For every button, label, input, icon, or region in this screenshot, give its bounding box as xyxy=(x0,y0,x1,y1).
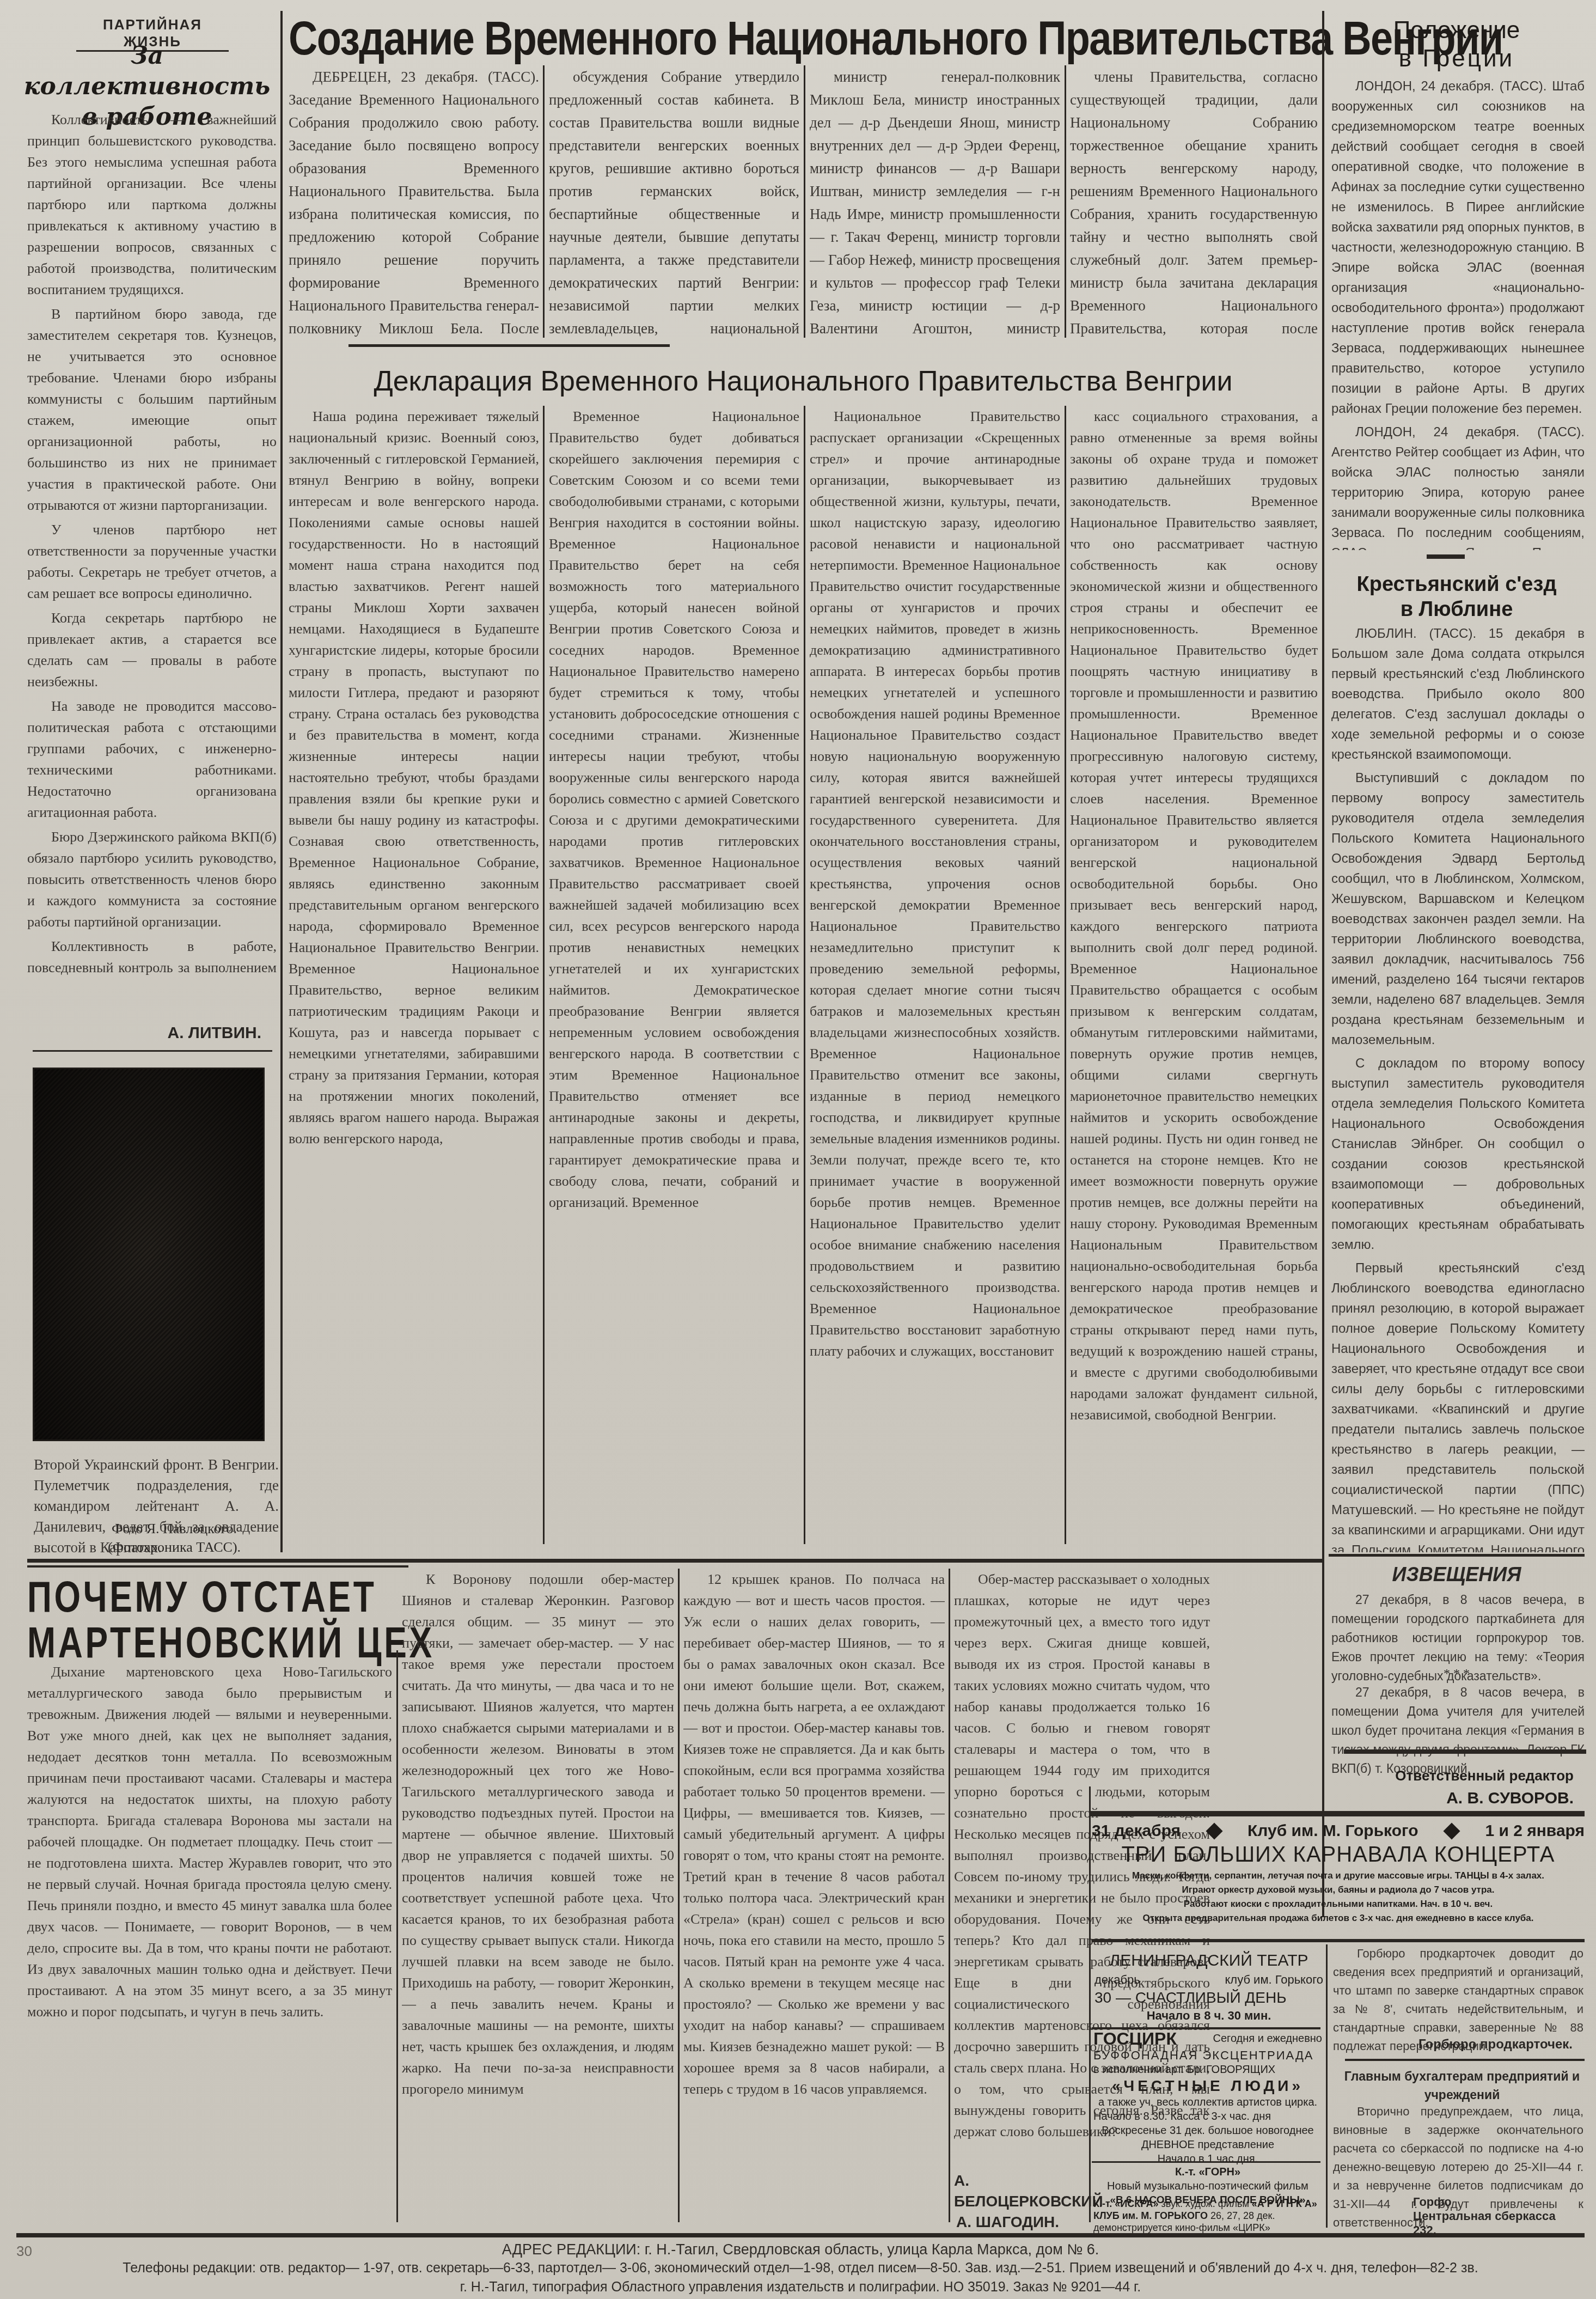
column-divider xyxy=(1322,11,1324,1917)
theatre-ad: ЛЕНИНГРАДСКИЙ ТЕАТР декабрь клуб им. Гор… xyxy=(1094,1950,1323,2024)
greece-article-body: ЛОНДОН, 24 декабря. (ТАСС). Штаб вооруже… xyxy=(1331,76,1585,550)
column-divider xyxy=(804,65,805,338)
main-story-col-3: министр генерал-полковник Миклош Бела, м… xyxy=(810,65,1060,338)
party-life-article-body: Коллективность — важнейший принцип больш… xyxy=(27,109,277,980)
section-rule xyxy=(27,1559,1323,1563)
carnival-ad: 31 декабря Клуб им. М. Горького 1 и 2 ян… xyxy=(1092,1822,1585,1925)
ad-rule xyxy=(1092,2161,1320,2163)
greece-headline: Положение в Греции xyxy=(1329,16,1585,73)
main-story-col-4: члены Правительства, согласно существующ… xyxy=(1070,65,1318,338)
divider xyxy=(33,1050,272,1052)
column-divider xyxy=(1326,1944,1328,2228)
party-life-signature: А. ЛИТВИН. xyxy=(109,1024,261,1042)
ad-rule xyxy=(1089,1811,1585,1816)
diamond-icon xyxy=(1443,1822,1460,1839)
main-story-col-1: ДЕБРЕЦЕН, 23 декабря. (ТАСС). Заседание … xyxy=(289,65,539,338)
martin-shop-col-3: 12 крышек кранов. По полчаса на каждую —… xyxy=(683,1569,945,2222)
lublin-article-body: ЛЮБЛИН. (ТАСС). 15 декабря в Большом зал… xyxy=(1331,624,1585,1552)
column-divider xyxy=(1065,406,1066,1544)
martin-shop-signature: А. БЕЛОЦЕРКОВСКИЙ А. ШАГОДИН. xyxy=(954,2170,1117,2233)
main-headline: Создание Временного Национального Правит… xyxy=(289,11,1153,65)
photo-credit: Фото Я. Павлоцкого. (Фотохроника ТАСС). xyxy=(82,1520,267,1557)
ad-rule xyxy=(1345,2059,1585,2061)
diamond-icon xyxy=(1206,1822,1222,1839)
column-divider xyxy=(543,65,545,338)
column-divider xyxy=(396,1650,398,2222)
ad-rule xyxy=(1092,1939,1585,1942)
main-story-col-2: обсуждения Собрание утвердило предложенн… xyxy=(549,65,799,338)
divider xyxy=(348,344,670,347)
lublin-headline: Крестьянский с'езд в Люблине xyxy=(1329,572,1585,622)
column-divider xyxy=(543,406,545,1544)
accountants-notice-title: Главным бухгалтерам предприятий и учрежд… xyxy=(1340,2067,1585,2104)
column-divider xyxy=(804,406,805,1544)
declaration-col-1: Наша родина переживает тяжелый националь… xyxy=(289,406,539,1544)
circus-ad: ГОСЦИРК Сегодня и ежедневно БУФФОНАДНАЯ … xyxy=(1093,2032,1322,2166)
section-rule xyxy=(27,1565,408,1568)
divider xyxy=(1427,554,1465,559)
footer-printer: г. Н.-Тагил, типография Областного управ… xyxy=(16,2279,1585,2295)
column-divider xyxy=(949,1569,950,2222)
declaration-col-4: касс социального страхования, а равно от… xyxy=(1070,406,1318,1544)
footer-phones: Телефоны редакции: отв. редактор— 1-97, … xyxy=(16,2260,1585,2276)
club-gorky-ad: К.-т. «ИСКРА» звук. худож. фильм «А Р И … xyxy=(1093,2198,1322,2234)
column-divider xyxy=(678,1569,680,2222)
declaration-col-3: Национальное Правительство распускает ор… xyxy=(810,406,1060,1544)
divider xyxy=(1329,1554,1585,1557)
divider xyxy=(1344,1749,1586,1754)
gorburo-signature: Горбюро продкарточек. xyxy=(1333,2037,1573,2052)
war-photo xyxy=(33,1068,265,1441)
declaration-col-2: Временное Национальное Правительство буд… xyxy=(549,406,799,1544)
column-divider xyxy=(280,11,283,1552)
column-divider xyxy=(1089,1786,1091,2222)
notice-separator: * * * xyxy=(1329,1667,1585,1681)
footer-address: АДРЕС РЕДАКЦИИ: г. Н.-Тагил, Свердловска… xyxy=(16,2241,1585,2258)
footer-rule xyxy=(16,2233,1585,2237)
declaration-headline: Декларация Временного Национального Прав… xyxy=(294,365,1312,398)
column-divider xyxy=(1065,65,1066,338)
martin-shop-headline: ПОЧЕМУ ОТСТАЕТ МАРТЕНОВСКИЙ ЦЕХ xyxy=(27,1574,452,1666)
editor-credit: Ответственный редактор А. В. СУВОРОВ. xyxy=(1329,1765,1574,1810)
newspaper-page: ПАРТИЙНАЯ ЖИЗНЬ За коллективность в рабо… xyxy=(0,0,1596,2299)
notices-title: ИЗВЕЩЕНИЯ xyxy=(1329,1563,1585,1586)
martin-shop-col-1: Дыхание мартеновского цеха Ново-Тагильск… xyxy=(27,1661,392,2222)
accountants-signature: Горфо Центральная сберкасса 232. xyxy=(1413,2195,1582,2237)
martin-shop-col-2: К Воронову подошли обер-мастер Шиянов и … xyxy=(402,1569,674,2222)
